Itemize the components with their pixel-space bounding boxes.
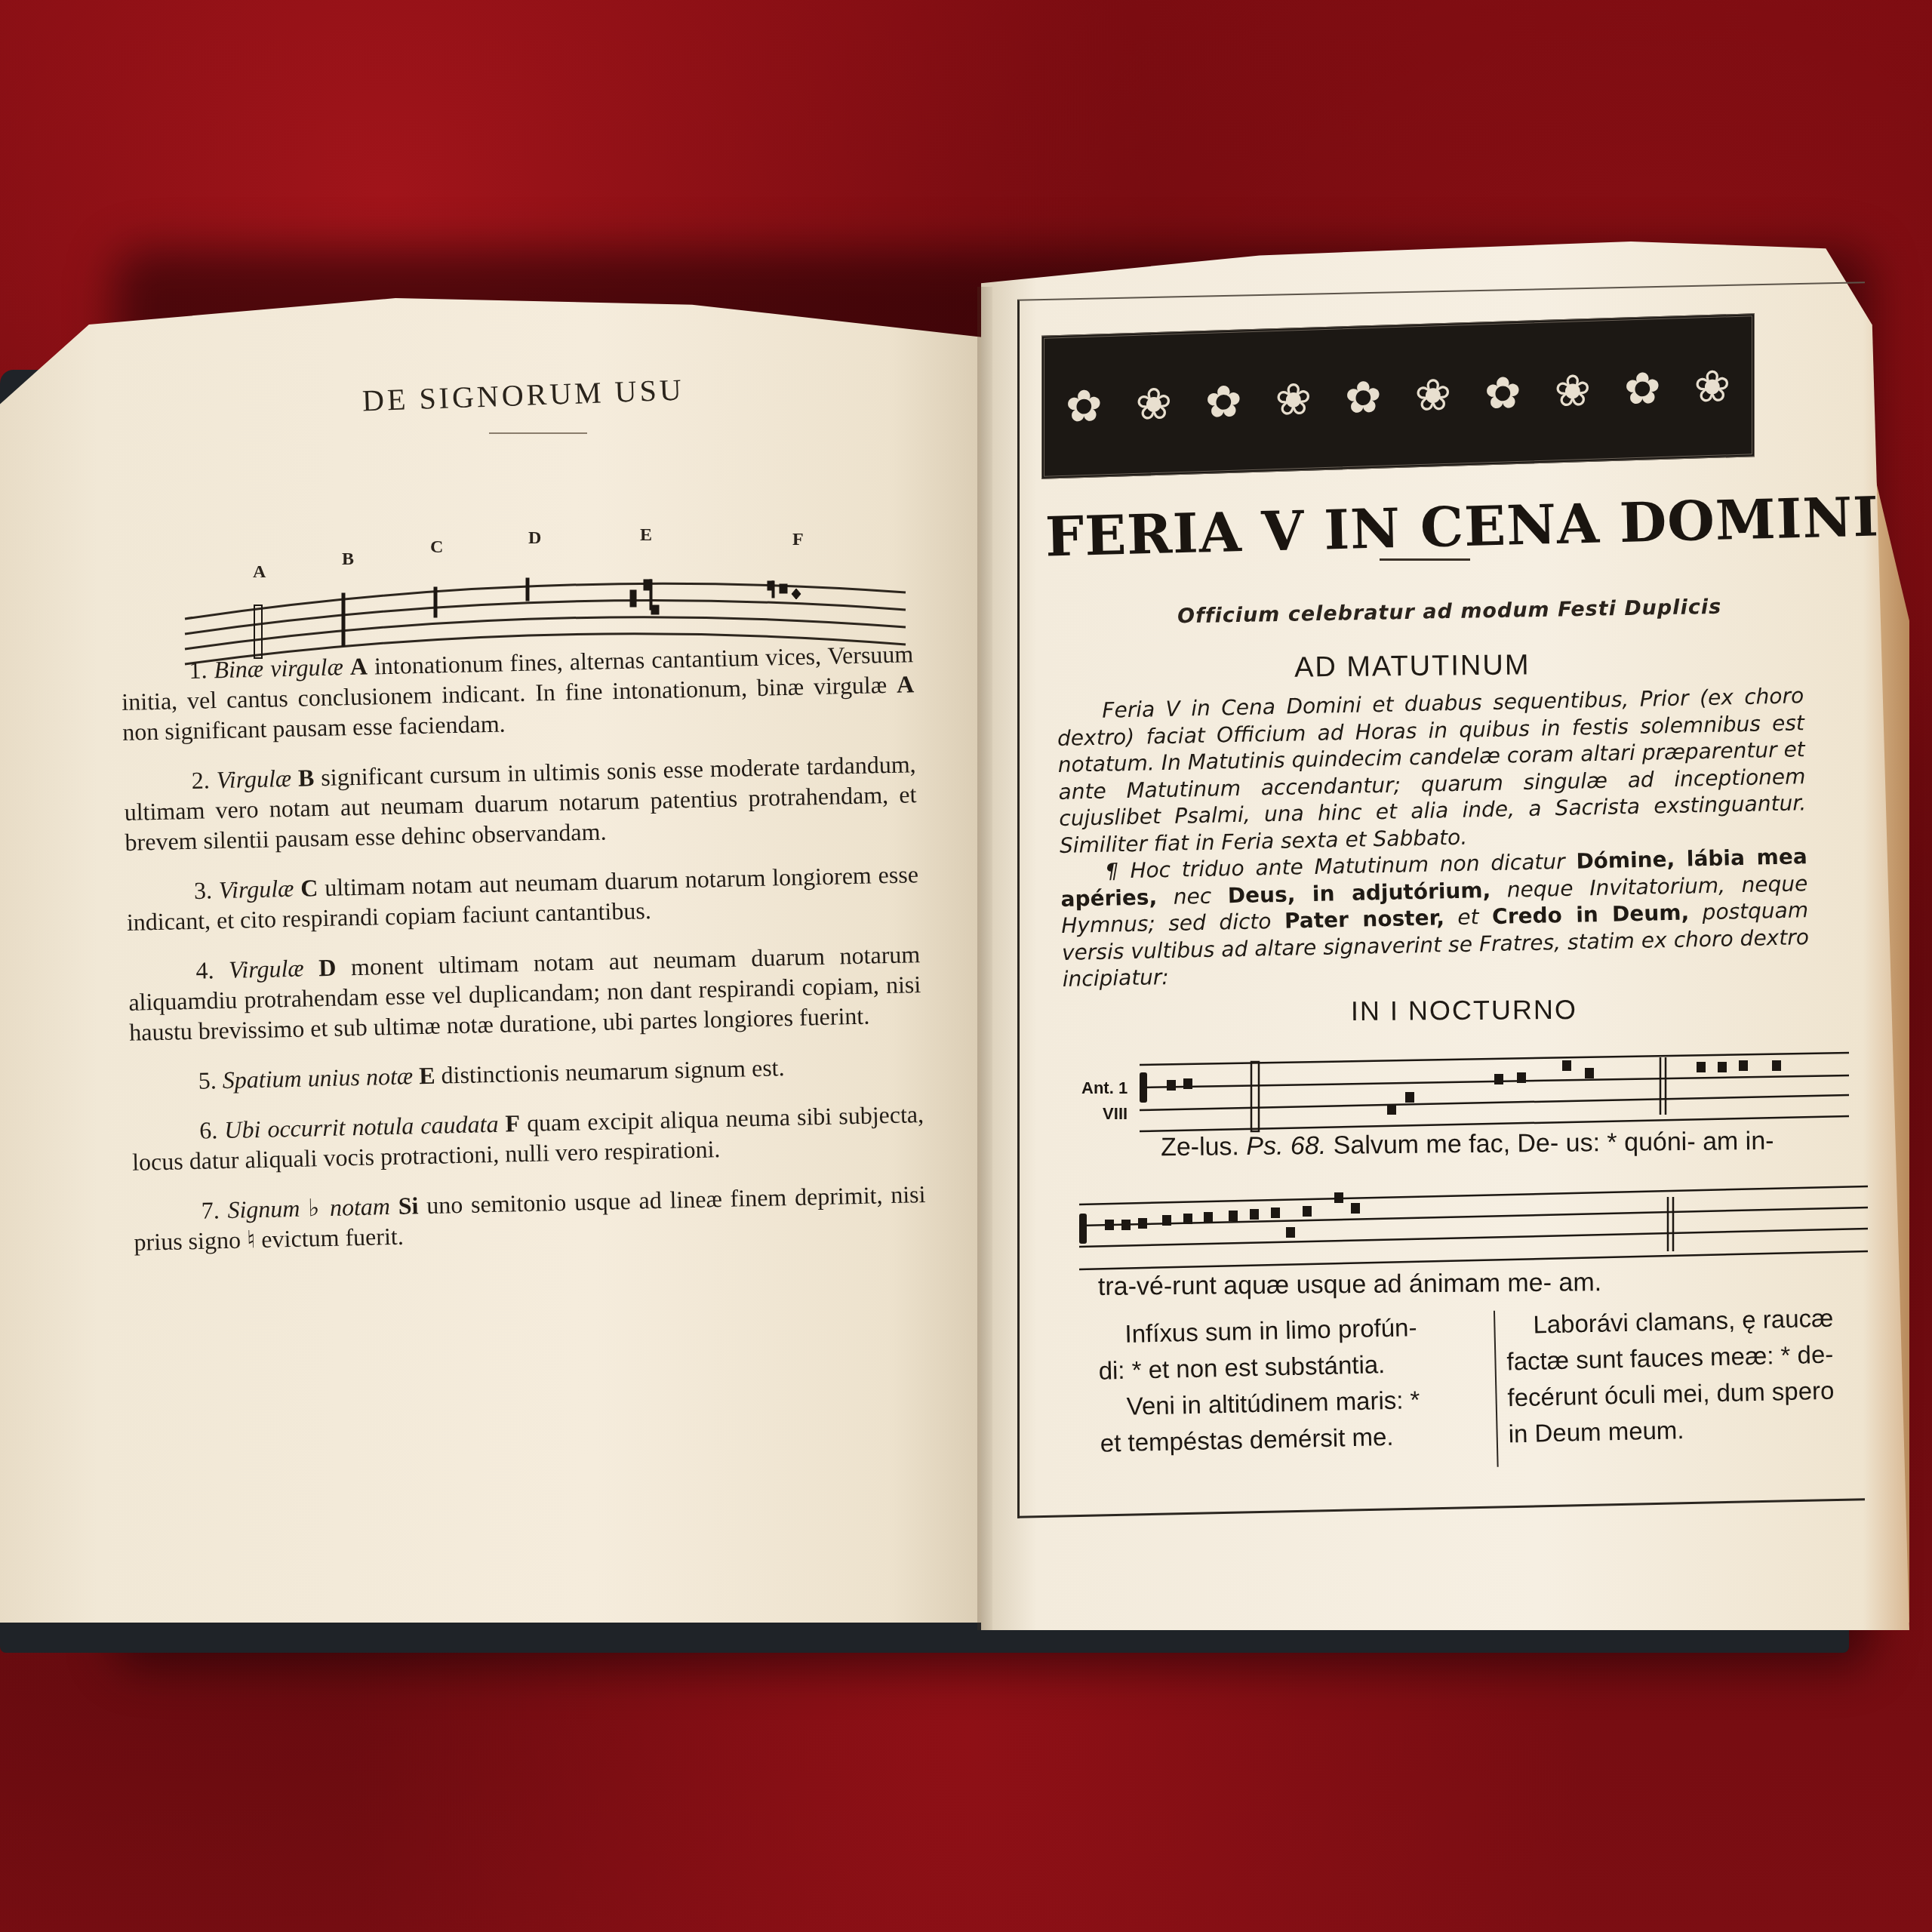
paragraph-7: 7. Signum ♭ notam Si uno semitonio usque… bbox=[133, 1179, 927, 1257]
sign-letter: F bbox=[505, 1109, 520, 1137]
rubric-text: Feria V in Cena Domini et duabus sequent… bbox=[1057, 682, 1810, 992]
section-heading-nocturn: IN I NOCTURNO bbox=[1351, 994, 1577, 1027]
staff-label-b: B bbox=[342, 549, 354, 570]
antiphon-label: Ant. 1 VIII bbox=[1081, 1075, 1128, 1127]
pilcrow-icon: ¶ bbox=[1105, 858, 1119, 883]
paragraph-lead: Binæ virgulæ bbox=[214, 653, 343, 683]
paragraph-body: non significant pausam esse faciendam. bbox=[122, 709, 506, 746]
sign-letter: C bbox=[300, 874, 318, 902]
paragraph-lead: Signum ♭ notam bbox=[227, 1192, 390, 1223]
psalm-verses: Infíxus sum in limo profún- di: * et non… bbox=[1087, 1298, 1906, 1478]
flower-icon: ✿ bbox=[1205, 376, 1242, 429]
paragraph-number: 3. bbox=[194, 876, 213, 904]
flower-icons: ✿ ❀ ✿ ❀ ✿ ❀ ✿ ❀ ✿ ❀ bbox=[1049, 321, 1747, 471]
paragraph-1: 1. Binæ virgulæ A intonationum fines, al… bbox=[121, 638, 915, 747]
chant-staff-2 bbox=[1079, 1177, 1868, 1275]
antiphon-lyric-line-2: tra-vé-runt aquæ usque ad ánimam me- am. bbox=[1098, 1268, 1601, 1302]
staff-label-f: F bbox=[792, 530, 804, 550]
paragraph-number: 4. bbox=[195, 956, 214, 984]
paragraph-number: 2. bbox=[191, 766, 210, 794]
antiphon-mode: VIII bbox=[1081, 1101, 1128, 1127]
flower-icon: ✿ bbox=[1066, 380, 1103, 432]
flower-icon: ❀ bbox=[1414, 369, 1451, 422]
chant-staff-1 bbox=[1140, 1045, 1849, 1136]
neume-staff-icon bbox=[1140, 1045, 1849, 1136]
floral-band-ornament: ✿ ❀ ✿ ❀ ✿ ❀ ✿ ❀ ✿ ❀ bbox=[1041, 313, 1755, 479]
staff-label-e: E bbox=[640, 525, 652, 546]
antiphon-incipit: Ze-lus. bbox=[1161, 1132, 1239, 1161]
flower-icon: ❀ bbox=[1275, 374, 1312, 426]
rubric-paragraph-1: Feria V in Cena Domini et duabus sequent… bbox=[1057, 682, 1807, 859]
paragraph-4: 4. Virgulæ D monent ultimam notam aut ne… bbox=[128, 939, 921, 1048]
verse-line: in Deum meum. bbox=[1508, 1407, 1894, 1453]
paragraph-lead: Virgulæ bbox=[218, 875, 294, 903]
sign-letter: A bbox=[349, 653, 368, 681]
incipit-bold: Deus, in adjutórium, bbox=[1228, 878, 1491, 908]
rubric-text-run: nec bbox=[1174, 883, 1212, 909]
staff-label-c: C bbox=[430, 537, 443, 558]
incipit-bold: Credo in Deum, bbox=[1492, 900, 1690, 929]
paragraph-lead: Spatium unius notæ bbox=[222, 1062, 413, 1094]
flower-icon: ❀ bbox=[1694, 360, 1730, 413]
section-heading-matins: AD MATUTINUM bbox=[1294, 649, 1531, 684]
paragraph-6: 6. Ubi occurrit notula caudata F quam ex… bbox=[131, 1099, 925, 1177]
flower-icon: ❀ bbox=[1554, 365, 1591, 417]
sign-letter: A bbox=[897, 670, 915, 698]
incipit-bold: Pater noster, bbox=[1284, 905, 1444, 933]
paragraph-number: 1. bbox=[189, 656, 208, 684]
flower-icon: ✿ bbox=[1624, 362, 1661, 415]
paragraph-3: 3. Virgulæ C ultimam notam aut neumam du… bbox=[126, 859, 920, 937]
title-rule bbox=[489, 432, 587, 434]
verse-column-left: Infíxus sum in limo profún- di: * et non… bbox=[1087, 1308, 1497, 1479]
sign-letter: D bbox=[318, 954, 337, 982]
title-rule bbox=[1380, 558, 1470, 561]
paragraph-number: 6. bbox=[199, 1116, 218, 1144]
paragraph-lead: Virgulæ bbox=[216, 764, 291, 793]
sign-letter: B bbox=[298, 764, 315, 791]
flower-icon: ❀ bbox=[1135, 377, 1172, 430]
psalm-text: Salvum me fac, De- us: * quóni- am in- bbox=[1333, 1127, 1774, 1160]
flower-icon: ✿ bbox=[1345, 371, 1382, 424]
staff-label-a: A bbox=[253, 562, 266, 583]
rubric-text-run: et bbox=[1457, 904, 1479, 930]
paragraph-lead: Virgulæ bbox=[229, 955, 304, 983]
paragraph-number: 7. bbox=[201, 1196, 220, 1224]
sign-letter: E bbox=[419, 1062, 435, 1089]
staff-label-d: D bbox=[528, 528, 541, 549]
book-gutter bbox=[977, 287, 992, 1630]
sign-letter: Si bbox=[398, 1192, 418, 1220]
paragraph-number: 5. bbox=[198, 1066, 217, 1094]
paragraph-body: distinctionis neumarum signum est. bbox=[441, 1054, 785, 1088]
antiphon-number: Ant. 1 bbox=[1081, 1075, 1128, 1101]
rubric-paragraph-2: ¶ Hoc triduo ante Matutinum non dicatur … bbox=[1060, 843, 1810, 992]
paragraph-5: 5. Spatium unius notæ E distinctionis ne… bbox=[130, 1049, 923, 1097]
neume-staff-icon bbox=[1079, 1177, 1868, 1275]
paragraph-2: 2. Virgulæ B significant cursum in ultim… bbox=[123, 749, 917, 857]
signs-explanation-text: 1. Binæ virgulæ A intonationum fines, al… bbox=[121, 638, 927, 1277]
psalm-reference: Ps. 68. bbox=[1246, 1131, 1326, 1161]
flower-icon: ✿ bbox=[1484, 367, 1521, 420]
paragraph-lead: Ubi occurrit notula caudata bbox=[224, 1110, 499, 1143]
verse-column-right: Laborávi clamans, ę raucæ factæ sunt fau… bbox=[1495, 1298, 1906, 1469]
verse-line: et tempéstas demérsit me. bbox=[1100, 1417, 1486, 1462]
